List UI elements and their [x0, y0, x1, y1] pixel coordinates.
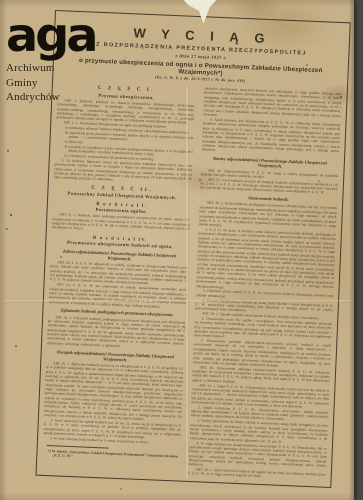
text-block-para: 4. Jeżeli budowla jest ubezpieczona w P.…: [202, 117, 341, 157]
archive-name: Archiwum Gminy Andrychów: [6, 61, 92, 105]
archive-name-line-1: Archiwum: [6, 61, 92, 76]
vertical-fold-crease: [185, 86, 189, 478]
archive-logo: aga: [6, 14, 95, 56]
left-column: C Z Ę Ś Ć I.Przymus ubezpieczenia.ART. 1…: [42, 80, 195, 463]
two-column-text: C Z Ę Ś Ć I.Przymus ubezpieczenia.ART. 1…: [42, 80, 342, 482]
archive-name-line-2: Gminy: [6, 76, 92, 91]
text-block-para: ART. 31. P. Z. U. W. nie odpowiada za sz…: [49, 282, 187, 309]
scan-background: { "colors": { "scanner_background": "#4b…: [0, 0, 363, 500]
text-block-cont: zakładzie ubezpieczeń, właściciel budowl…: [203, 86, 342, 122]
text-block-para: ART. 32. 1. Właściciel budowli, podlegaj…: [47, 315, 186, 351]
archive-stamp: aga Archiwum Gminy Andrychów: [6, 14, 92, 105]
archive-name-line-3: Andrychów: [6, 90, 92, 105]
document-paper: W Y C I Ą G Z ROZPORZĄDZENIA PREZYDENTA …: [0, 0, 354, 500]
document-header: W Y C I Ą G Z ROZPORZĄDZENIA PREZYDENTA …: [58, 22, 344, 87]
horizontal-fold-crease: [4, 300, 350, 303]
right-column: zakładzie ubezpieczeń, właściciel budowl…: [188, 86, 342, 482]
text-block-para: 2. P. Z. U. W. może w każdym czasie doko…: [196, 227, 336, 294]
text-block-para: ART. 8. 1. Budowle, które podlegają przy…: [52, 212, 190, 235]
text-block-footnote: *) W tekście „Powszechny Zakład Ubezpiec…: [42, 448, 180, 463]
text-block-para: ART. 35. 1. Zgłoszone budowle uważa się …: [44, 361, 184, 423]
text-block-para: 2. Za budowle fabryczne uważa się pomies…: [54, 158, 192, 185]
paper-specks: [0, 0, 2, 2]
